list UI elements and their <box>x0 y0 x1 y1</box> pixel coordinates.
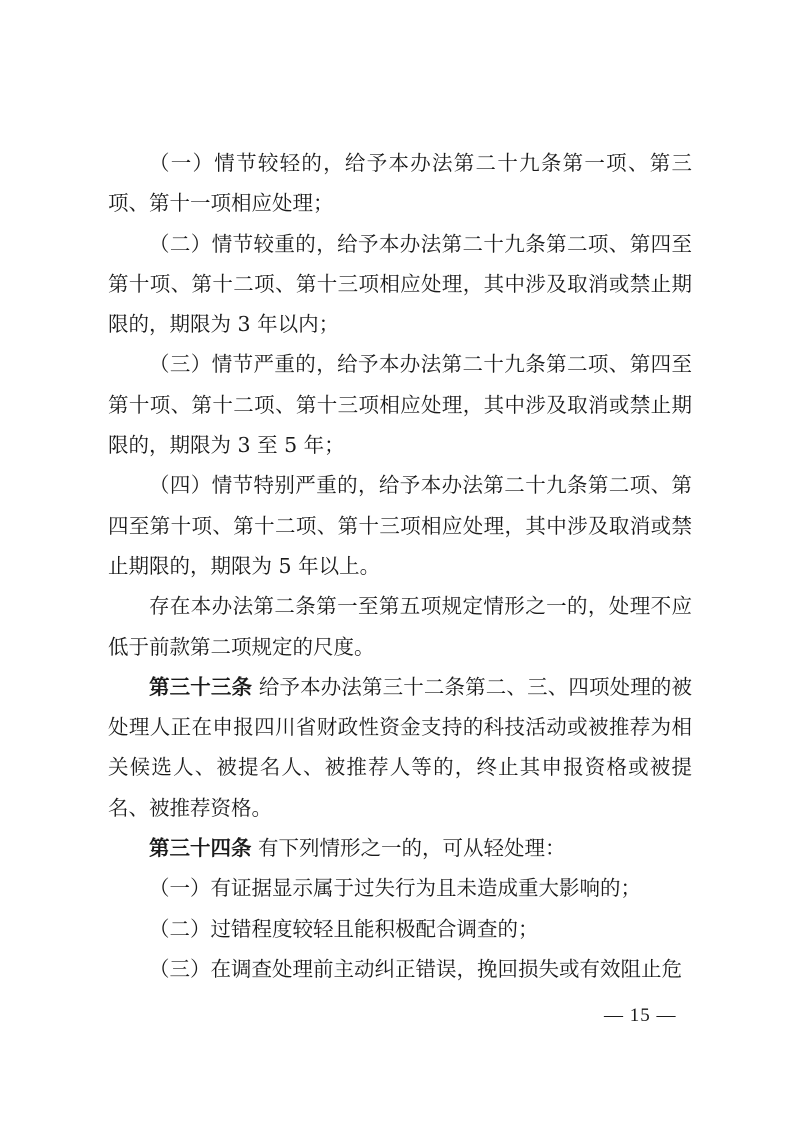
article-34-heading: 第三十四条 <box>149 836 252 860</box>
document-body: （一）情节较轻的，给予本办法第二十九条第一项、第三项、第十一项相应处理； （二）… <box>108 143 692 989</box>
paragraph-item-4: （四）情节特别严重的，给予本办法第二十九条第二项、第四至第十项、第十二项、第十三… <box>108 465 692 586</box>
mitigation-item-3: （三）在调查处理前主动纠正错误，挽回损失或有效阻止危 <box>108 949 692 989</box>
page-number: — 15 — <box>604 1005 677 1027</box>
mitigation-item-2: （二）过错程度较轻且能积极配合调查的； <box>108 909 692 949</box>
article-34: 第三十四条 有下列情形之一的，可从轻处理： <box>108 828 692 868</box>
paragraph-item-3: （三）情节严重的，给予本办法第二十九条第二项、第四至第十项、第十二项、第十三项相… <box>108 344 692 465</box>
paragraph-item-1: （一）情节较轻的，给予本办法第二十九条第一项、第三项、第十一项相应处理； <box>108 143 692 224</box>
mitigation-item-1: （一）有证据显示属于过失行为且未造成重大影响的； <box>108 868 692 908</box>
article-34-text: 有下列情形之一的，可从轻处理： <box>252 836 566 860</box>
paragraph-item-2: （二）情节较重的，给予本办法第二十九条第二项、第四至第十项、第十二项、第十三项相… <box>108 224 692 345</box>
article-33-heading: 第三十三条 <box>149 675 252 699</box>
article-33: 第三十三条 给予本办法第三十二条第二、三、四项处理的被处理人正在申报四川省财政性… <box>108 667 692 828</box>
paragraph-minimum-standard: 存在本办法第二条第一至第五项规定情形之一的，处理不应低于前款第二项规定的尺度。 <box>108 586 692 667</box>
